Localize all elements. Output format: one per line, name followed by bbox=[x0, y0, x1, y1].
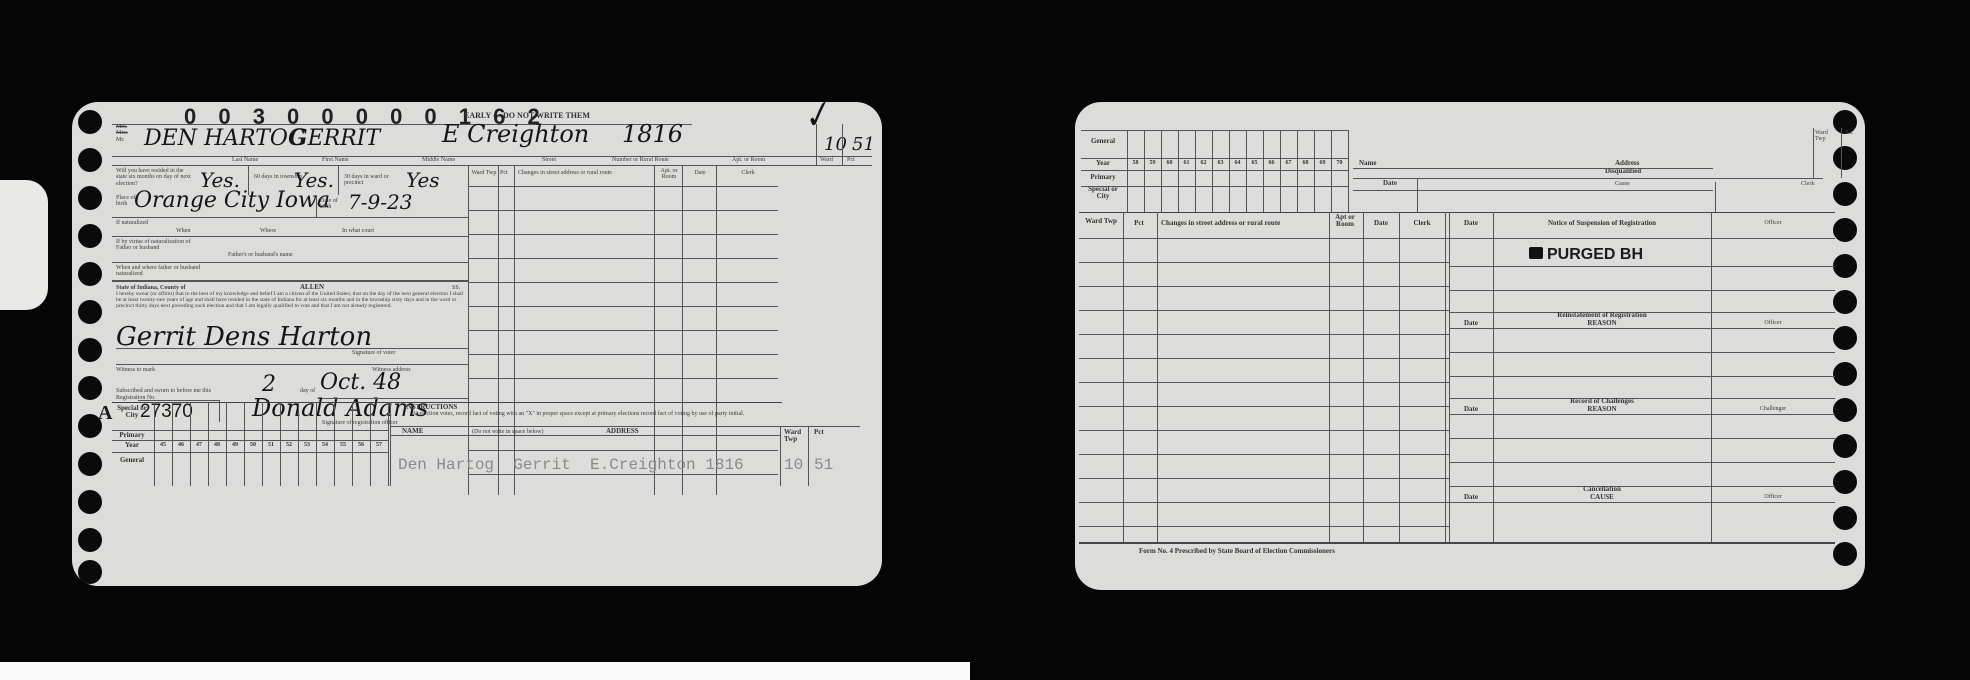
table-row bbox=[1079, 502, 1449, 503]
table-row bbox=[468, 330, 778, 331]
table-row bbox=[468, 210, 778, 211]
voting-grid: 45 46 47 48 49 50 51 52 53 54 55 56 57 bbox=[154, 402, 388, 486]
table-row bbox=[1079, 478, 1449, 479]
punch-hole bbox=[78, 300, 102, 324]
suspension-header-notice: Notice of Suspension of Registration bbox=[1493, 220, 1711, 227]
label-signature-voter: Signature of voter bbox=[352, 350, 395, 356]
label-naturalized: If naturalized bbox=[116, 220, 166, 226]
table-row bbox=[468, 234, 778, 235]
first-name-value: GERRIT bbox=[290, 126, 380, 151]
label-number-route: Number or Rural Route bbox=[612, 157, 669, 163]
punch-hole bbox=[1833, 362, 1857, 386]
grid-label-primary: Primary bbox=[112, 432, 152, 439]
house-number-value: 1816 bbox=[622, 120, 683, 148]
back-grid-label-primary: Primary bbox=[1081, 174, 1125, 181]
punch-hole bbox=[1833, 326, 1857, 350]
label-date: Date bbox=[1383, 180, 1397, 187]
ward-value: 10 bbox=[824, 134, 847, 155]
grid-year: 57 bbox=[370, 442, 388, 448]
label-first-name: First Name bbox=[322, 157, 349, 163]
label-cause: Cause bbox=[1615, 181, 1630, 187]
table-row bbox=[1079, 310, 1449, 311]
grid-year: 49 bbox=[226, 442, 244, 448]
form-footer: Form No. 4 Prescribed by State Board of … bbox=[1139, 548, 1335, 555]
voter-registration-card-back: General Year Primary Special or City 58 … bbox=[1075, 102, 1865, 590]
stub-ward-label: Ward Twp bbox=[784, 429, 806, 444]
back-grid-label-year: Year bbox=[1081, 160, 1125, 167]
stamp-mark-icon bbox=[1529, 247, 1543, 259]
label-name: Name bbox=[1359, 160, 1377, 167]
label-street: Street bbox=[542, 157, 556, 163]
table-row bbox=[468, 354, 778, 355]
punch-hole bbox=[78, 528, 102, 552]
punch-hole bbox=[1833, 470, 1857, 494]
table-row bbox=[468, 258, 778, 259]
punch-hole bbox=[1833, 398, 1857, 422]
punch-hole bbox=[78, 560, 102, 584]
label-where: Where bbox=[260, 228, 276, 234]
punch-hole bbox=[78, 338, 102, 362]
table-row bbox=[1079, 382, 1449, 383]
grid-year: 53 bbox=[298, 442, 316, 448]
instructions-text: At election votes, record fact of voting… bbox=[412, 411, 822, 417]
grid-label-general: General bbox=[112, 457, 152, 464]
label-pct: Pct bbox=[1845, 130, 1853, 136]
grid-year: 68 bbox=[1297, 160, 1314, 166]
grid-year: 46 bbox=[172, 442, 190, 448]
sworn-month-year: Oct. 48 bbox=[320, 370, 401, 395]
label-pct: Pct bbox=[847, 157, 855, 163]
grid-year: 67 bbox=[1280, 160, 1297, 166]
table-row bbox=[1079, 430, 1449, 431]
back-changes-header-date: Date bbox=[1365, 220, 1397, 227]
grid-year: 48 bbox=[208, 442, 226, 448]
changes-header-pct: Pct bbox=[500, 170, 508, 176]
table-row bbox=[468, 306, 778, 307]
stub-pct-label: Pct bbox=[814, 429, 824, 436]
label-disqualified: Disqualified bbox=[1605, 168, 1641, 175]
reinstatement-header-reason: REASON bbox=[1493, 320, 1711, 327]
label-father-name: Father's or husband's name bbox=[228, 252, 293, 258]
punch-hole bbox=[78, 148, 102, 172]
punch-hole bbox=[1833, 290, 1857, 314]
table-row bbox=[1079, 406, 1449, 407]
salutation-miss: Miss bbox=[116, 130, 128, 136]
changes-header-date: Date bbox=[684, 170, 716, 176]
punch-hole bbox=[78, 224, 102, 248]
punch-hole bbox=[1833, 542, 1857, 566]
last-name-value: DEN HARTOG bbox=[144, 126, 305, 151]
table-row bbox=[468, 450, 778, 451]
date-of-birth-value: 7-9-23 bbox=[348, 190, 412, 214]
table-row bbox=[1079, 358, 1449, 359]
label-subscribed: Subscribed and sworn to before me this bbox=[116, 388, 211, 394]
grid-year: 61 bbox=[1178, 160, 1195, 166]
grid-label-special: Special or City bbox=[112, 405, 152, 420]
back-changes-header-clerk: Clerk bbox=[1401, 220, 1443, 227]
salutation-mr: Mr. bbox=[116, 137, 128, 143]
grid-year: 47 bbox=[190, 442, 208, 448]
punch-hole bbox=[1833, 254, 1857, 278]
grid-year: 54 bbox=[316, 442, 334, 448]
grid-year: 63 bbox=[1212, 160, 1229, 166]
reinstatement-header-officer: Officer bbox=[1711, 320, 1835, 326]
punch-hole bbox=[1833, 146, 1857, 170]
punch-hole bbox=[78, 376, 102, 400]
grid-year: 65 bbox=[1246, 160, 1263, 166]
label-last-name: Last Name bbox=[232, 157, 258, 163]
grid-year: 66 bbox=[1263, 160, 1280, 166]
challenges-header-date: Date bbox=[1449, 406, 1493, 413]
stub-typed-ward: 10 bbox=[784, 456, 803, 474]
stub-typed-line: Den Hartog Gerrit E.Creighton 1816 bbox=[398, 456, 744, 474]
suspension-header-date: Date bbox=[1449, 220, 1493, 227]
label-resided-state: Will you have resided in the state six m… bbox=[116, 168, 196, 187]
grid-year: 50 bbox=[244, 442, 262, 448]
grid-year: 69 bbox=[1314, 160, 1331, 166]
label-witness-mark: Witness to mark bbox=[116, 367, 155, 373]
cancellation-header-officer: Officer bbox=[1711, 494, 1835, 500]
back-changes-header-pct: Pct bbox=[1123, 220, 1155, 227]
label-court: In what court bbox=[342, 228, 374, 234]
changes-header-ward: Ward Twp bbox=[470, 170, 498, 176]
table-row bbox=[1079, 262, 1449, 263]
punch-hole bbox=[1833, 182, 1857, 206]
changes-header-apt: Apt. or Room bbox=[656, 168, 682, 181]
grid-year: 51 bbox=[262, 442, 280, 448]
back-changes-header-apt: Apt or Room bbox=[1329, 214, 1361, 229]
punch-hole bbox=[78, 490, 102, 514]
purged-stamp-text: PURGED BH bbox=[1547, 246, 1643, 263]
punch-hole bbox=[78, 452, 102, 476]
grid-year: 64 bbox=[1229, 160, 1246, 166]
suspension-header-officer: Officer bbox=[1711, 220, 1835, 226]
purged-stamp: PURGED BH bbox=[1529, 246, 1643, 264]
label-apt-room: Apt. or Room bbox=[732, 157, 765, 163]
challenges-header-challenger: Challenger bbox=[1711, 406, 1835, 412]
label-ward: Ward bbox=[820, 157, 833, 163]
grid-year: 62 bbox=[1195, 160, 1212, 166]
table-row bbox=[1079, 526, 1449, 527]
label-ward-twp: Ward Twp bbox=[1815, 130, 1839, 143]
punch-hole bbox=[78, 110, 102, 134]
back-changes-header-address: Changes in street address or rural route bbox=[1161, 220, 1280, 227]
table-row bbox=[468, 474, 778, 475]
reinstatement-header-date: Date bbox=[1449, 320, 1493, 327]
voter-registration-card-front: 0 0 3 0 0 0 0 0 1 6 2 EARLY — DO NOT WRI… bbox=[72, 102, 882, 586]
punch-hole bbox=[78, 262, 102, 286]
grid-year: 56 bbox=[352, 442, 370, 448]
punch-hole bbox=[1833, 218, 1857, 242]
label-father-when-where: When and where father or husband natural… bbox=[116, 265, 216, 278]
grid-label-year: Year bbox=[112, 442, 152, 449]
pct-value: 51 bbox=[852, 134, 875, 155]
rule bbox=[112, 124, 692, 125]
table-row bbox=[468, 282, 778, 283]
back-grid-label-special: Special or City bbox=[1081, 186, 1125, 201]
grid-year: 59 bbox=[1144, 160, 1161, 166]
punch-hole bbox=[1833, 506, 1857, 530]
table-row bbox=[1079, 454, 1449, 455]
stub-typed-pct: 51 bbox=[814, 456, 833, 474]
changes-header-address: Changes in street address or rural route bbox=[518, 170, 612, 176]
table-row bbox=[1079, 334, 1449, 335]
series-letter: A bbox=[98, 402, 112, 425]
changes-header-clerk: Clerk bbox=[718, 170, 778, 176]
back-voting-grid: 58 59 60 61 62 63 64 65 66 67 68 69 70 bbox=[1127, 130, 1353, 212]
grid-year: 52 bbox=[280, 442, 298, 448]
adjacent-card-edge bbox=[0, 180, 48, 310]
cancellation-header-date: Date bbox=[1449, 494, 1493, 501]
label-virtue-of: If by virtue of naturalization of Father… bbox=[116, 239, 196, 252]
punch-hole bbox=[78, 186, 102, 210]
oath-text: I hereby swear (or affirm) that to the b… bbox=[116, 292, 468, 310]
table-row bbox=[1079, 286, 1449, 287]
grid-year: 70 bbox=[1331, 160, 1348, 166]
label-clerk: Clerk bbox=[1801, 181, 1814, 187]
challenges-header-reason: REASON bbox=[1493, 406, 1711, 413]
resided-ward-answer: Yes bbox=[406, 168, 440, 192]
label-resided-ward: 30 days in ward or precinct bbox=[344, 174, 404, 187]
label-when: When bbox=[176, 228, 190, 234]
grid-year: 45 bbox=[154, 442, 172, 448]
grid-year: 58 bbox=[1127, 160, 1144, 166]
cancellation-header-cause: CAUSE bbox=[1493, 494, 1711, 501]
place-of-birth-value: Orange City Iowa bbox=[134, 188, 330, 213]
back-grid-label-general: General bbox=[1081, 138, 1125, 145]
punch-hole bbox=[1833, 434, 1857, 458]
scan-border-strip bbox=[0, 662, 970, 680]
grid-year: 55 bbox=[334, 442, 352, 448]
label-middle-name: Middle Name bbox=[422, 157, 455, 163]
table-row bbox=[468, 378, 778, 379]
back-changes-header-ward: Ward Twp bbox=[1079, 218, 1123, 225]
grid-year: 60 bbox=[1161, 160, 1178, 166]
label-date-of-birth: Date of birth bbox=[320, 198, 346, 211]
street-value: E Creighton bbox=[442, 120, 589, 148]
